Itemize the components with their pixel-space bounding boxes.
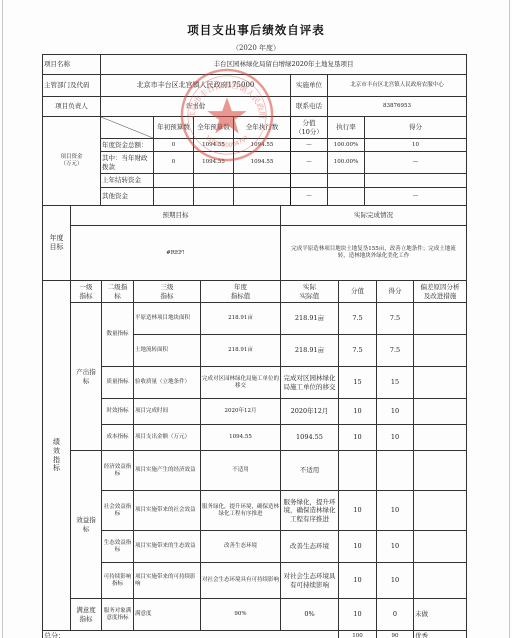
funds-rate: [328, 188, 365, 206]
funds-weight: —: [291, 152, 328, 174]
col-annual-budget: 全年预算数: [194, 117, 234, 139]
indicator-deviation: [414, 531, 467, 563]
indicator-score: 10: [377, 425, 414, 451]
indicator-target: 服务绿化，提升环境，确保造林绿化工程有序推进: [201, 491, 281, 531]
indicator-row: 生态效益指标项目实施带来的生态效益改善生态环境改善生态环境1010: [43, 531, 467, 563]
indicator-level1: 满意度指标: [71, 599, 102, 631]
indicator-weight: 10: [339, 399, 377, 425]
indicator-weight: 10: [339, 491, 377, 531]
indicator-target: 完成对区园林绿化局施工单位的移交: [201, 367, 281, 399]
document-year: （2020 年度）: [0, 43, 512, 53]
indicator-deviation: [414, 451, 467, 491]
indicator-score: [377, 451, 414, 491]
indicator-level3: 项目实施带来的生态效益: [134, 531, 201, 563]
indicator-actual: 对社会生态环境具有可持续影响: [281, 563, 339, 599]
funds-executed: 1094.55: [234, 152, 291, 174]
leader-label: 项目负责人: [43, 97, 101, 117]
funds-score: —: [365, 152, 467, 174]
funds-initial: [154, 174, 194, 188]
funds-score: —: [365, 188, 467, 206]
col-level2: 二级指 标: [102, 281, 134, 303]
indicator-target: 2020年12月: [201, 399, 281, 425]
funds-row: 上年结转资金: [43, 174, 467, 188]
indicator-deviation: [414, 303, 467, 335]
funds-row-label: 年度资金总额：: [101, 139, 154, 152]
indicator-level1: 产出指标: [71, 303, 102, 451]
actual-completion-header: 实际完成情况: [281, 206, 467, 226]
funds-row: 年度资金总额： 0 1094.55 1094.55 — 100.00% 10: [43, 139, 467, 152]
indicator-level3: 验收质量（立地条件）: [134, 367, 201, 399]
actual-completion-value: 完成平原造林项目地块土地复垦155亩，改善立地条件；完成土地流转，造林地块外绿化…: [281, 226, 467, 281]
indicator-row: 满意度指标服务对象满意度指标满意度90%0%100未做: [43, 599, 467, 631]
indicator-row: 成本指标项目支出金额（万元）1094.551094.551010: [43, 425, 467, 451]
col-score: 得分: [365, 117, 467, 139]
total-label: 总分：: [43, 631, 339, 638]
indicator-level3: 土地流转面积: [134, 335, 201, 367]
indicator-actual: 完成对区园林绿化局施工单位的移交: [281, 367, 339, 399]
annual-goals-table: 年度目标 预期目标 实际完成情况 #REF! 完成平原造林项目地块土地复垦155…: [42, 205, 467, 281]
indicator-score: 10: [377, 563, 414, 599]
indicator-score: 15: [377, 367, 414, 399]
indicator-level2: 社会效益指标: [102, 491, 134, 531]
indicator-row: 可持续影响指标项目实施带来的可持续影响对社会生态环境具有可持续影响对社会生态环境…: [43, 563, 467, 599]
indicator-level2: 可持续影响指标: [102, 563, 134, 599]
funds-rate: [328, 174, 365, 188]
indicator-row: 效益指标经济效益指标项目实施产生的经济效益不适用不适用: [43, 451, 467, 491]
indicator-score: 10: [377, 531, 414, 563]
indicators-table: 绩 效 指 标一级 指标二级指 标三级 指标年度 指标值实际 实际值分值得分偏差…: [42, 280, 467, 638]
indicator-actual: 218.91亩: [281, 335, 339, 367]
indicator-level3: 项目实施产生的经济效益: [134, 451, 201, 491]
funds-weight: —: [291, 188, 328, 206]
expected-goal-value: #REF!: [71, 226, 281, 281]
indicator-deviation: [414, 563, 467, 599]
dept-value: 北京市丰台区北宫镇人民政府175000: [101, 75, 291, 97]
indicator-weight: [339, 451, 377, 491]
indicator-row: 时效指标项目完成时间2020年12月2020年12月1010: [43, 399, 467, 425]
col-deviation: 偏差原因分析 及改进措施: [414, 281, 467, 303]
project-name-label: 项目名称: [43, 55, 101, 75]
total-score: 90: [377, 631, 414, 638]
indicator-weight: 10: [339, 599, 377, 631]
indicator-actual: 1094.55: [281, 425, 339, 451]
indicator-deviation: [414, 491, 467, 531]
total-grade: 优秀: [414, 631, 467, 638]
indicator-row: 产出指标数量指标平原造林项目地块面积218.91亩218.91亩7.57.5: [43, 303, 467, 335]
indicator-level2: 经济效益指标: [102, 451, 134, 491]
col-executed: 全年执行数: [234, 117, 291, 139]
indicator-actual: 0%: [281, 599, 339, 631]
indicator-deviation: [414, 425, 467, 451]
impl-unit-label: 实施单位: [291, 75, 328, 97]
funds-score: 10: [365, 139, 467, 152]
funds-row-label: 其他资金: [101, 188, 154, 206]
indicator-level2: 生态效益指标: [102, 531, 134, 563]
indicator-target: 218.91亩: [201, 335, 281, 367]
indicator-deviation: [414, 335, 467, 367]
indicator-actual: 不适用: [281, 451, 339, 491]
project-name-value: 丰台区园林绿化局留白增绿2020年土地复垦项目: [101, 55, 467, 75]
indicator-target: 不适用: [201, 451, 281, 491]
phone-label: 联系电话: [291, 97, 328, 117]
funds-annual: [194, 174, 234, 188]
indicator-level3: 项目实施带来的可持续影响: [134, 563, 201, 599]
total-weight: 100: [339, 631, 377, 638]
indicator-deviation: 未做: [414, 599, 467, 631]
indicator-level2: 服务对象满意度指标: [102, 599, 134, 631]
funds-annual: 1094.55: [194, 152, 234, 174]
indicator-weight: 10: [339, 425, 377, 451]
col-level3: 三级 指标: [134, 281, 201, 303]
goals-label: 年度目标: [43, 206, 71, 281]
indicator-deviation: [414, 399, 467, 425]
indicator-row: 质量指标验收质量（立地条件）完成对区园林绿化局施工单位的移交完成对区园林绿化局施…: [43, 367, 467, 399]
funds-row: 其中：当年财政拨款 0 1094.55 1094.55 — 100.00% —: [43, 152, 467, 174]
indicators-section-label: 绩 效 指 标: [43, 281, 71, 631]
funds-annual: [194, 188, 234, 206]
indicator-level1: 效益指标: [71, 451, 102, 599]
indicator-weight: 10: [339, 531, 377, 563]
indicator-level2: 数量指标: [102, 303, 134, 367]
col-weight: 分值: [339, 281, 377, 303]
col-score: 得分: [377, 281, 414, 303]
col-weight: 分值 （10分）: [291, 117, 328, 139]
expected-goal-header: 预期目标: [71, 206, 281, 226]
indicator-score: 10: [377, 399, 414, 425]
indicator-score: 7.5: [377, 335, 414, 367]
funds-annual: 1094.55: [194, 139, 234, 152]
phone-value: 83876953: [328, 97, 467, 117]
funds-rate: 100.00%: [328, 152, 365, 174]
indicator-weight: 7.5: [339, 303, 377, 335]
col-annual-target: 年度 指标值: [201, 281, 281, 303]
funds-initial: 0: [154, 139, 194, 152]
funds-row-label: 其中：当年财政拨款: [101, 152, 154, 174]
funds-score: [365, 174, 467, 188]
funds-row-label: 上年结转资金: [101, 174, 154, 188]
dept-label: 主管部门及代码: [43, 75, 101, 97]
indicator-score: 10: [377, 491, 414, 531]
indicator-weight: 15: [339, 367, 377, 399]
funds-initial: [154, 188, 194, 206]
col-actual-value: 实际 实际值: [281, 281, 339, 303]
indicator-level3: 满意度: [134, 599, 201, 631]
indicator-weight: 7.5: [339, 335, 377, 367]
funds-weight: —: [291, 139, 328, 152]
funds-executed: [234, 174, 291, 188]
indicator-row: 社会效益指标项目实施带来的社会效益服务绿化，提升环境，确保造林绿化工程有序推进服…: [43, 491, 467, 531]
total-row: 总分：10090优秀: [43, 631, 467, 638]
indicator-score: 0: [377, 599, 414, 631]
indicator-score: 7.5: [377, 303, 414, 335]
indicator-target: 218.91亩: [201, 303, 281, 335]
funds-label: 项目资金 （万元）: [43, 117, 101, 206]
indicator-deviation: [414, 367, 467, 399]
indicator-level3: 项目支出金额（万元）: [134, 425, 201, 451]
document-title: 项目支出事后绩效自评表: [0, 22, 512, 38]
indicator-level3: 项目实施带来的社会效益: [134, 491, 201, 531]
impl-unit-value: 北京市丰台区北宫镇人民政府农服中心: [328, 75, 467, 97]
leader-value: 许书佾: [101, 97, 291, 117]
col-rate: 执行率: [328, 117, 365, 139]
funds-executed: 1094.55: [234, 139, 291, 152]
indicator-actual: 改善生态环境: [281, 531, 339, 563]
indicator-target: 对社会生态环境具有可持续影响: [201, 563, 281, 599]
diagonal-line-icon: [101, 117, 153, 138]
indicator-actual: 218.91亩: [281, 303, 339, 335]
indicator-level2: 成本指标: [102, 425, 134, 451]
indicator-actual: 服务绿化，提升环境，确保造林绿化工程有序推进: [281, 491, 339, 531]
indicator-level2: 时效指标: [102, 399, 134, 425]
indicator-target: 90%: [201, 599, 281, 631]
indicator-weight: 10: [339, 563, 377, 599]
col-level1: 一级 指标: [71, 281, 102, 303]
indicator-level3: 项目完成时间: [134, 399, 201, 425]
indicator-target: 改善生态环境: [201, 531, 281, 563]
funds-initial: 0: [154, 152, 194, 174]
funds-executed: [234, 188, 291, 206]
funds-row: 其他资金 — —: [43, 188, 467, 206]
indicator-level2: 质量指标: [102, 367, 134, 399]
indicator-actual: 2020年12月: [281, 399, 339, 425]
funds-weight: [291, 174, 328, 188]
indicator-level3: 平原造林项目地块面积: [134, 303, 201, 335]
funds-rate: 100.00%: [328, 139, 365, 152]
indicator-target: 1094.55: [201, 425, 281, 451]
project-info-table: 项目名称 丰台区园林绿化局留白增绿2020年土地复垦项目 主管部门及代码 北京市…: [42, 54, 467, 206]
col-initial-budget: 年初预算数: [154, 117, 194, 139]
funds-diagonal-header: [101, 117, 154, 139]
